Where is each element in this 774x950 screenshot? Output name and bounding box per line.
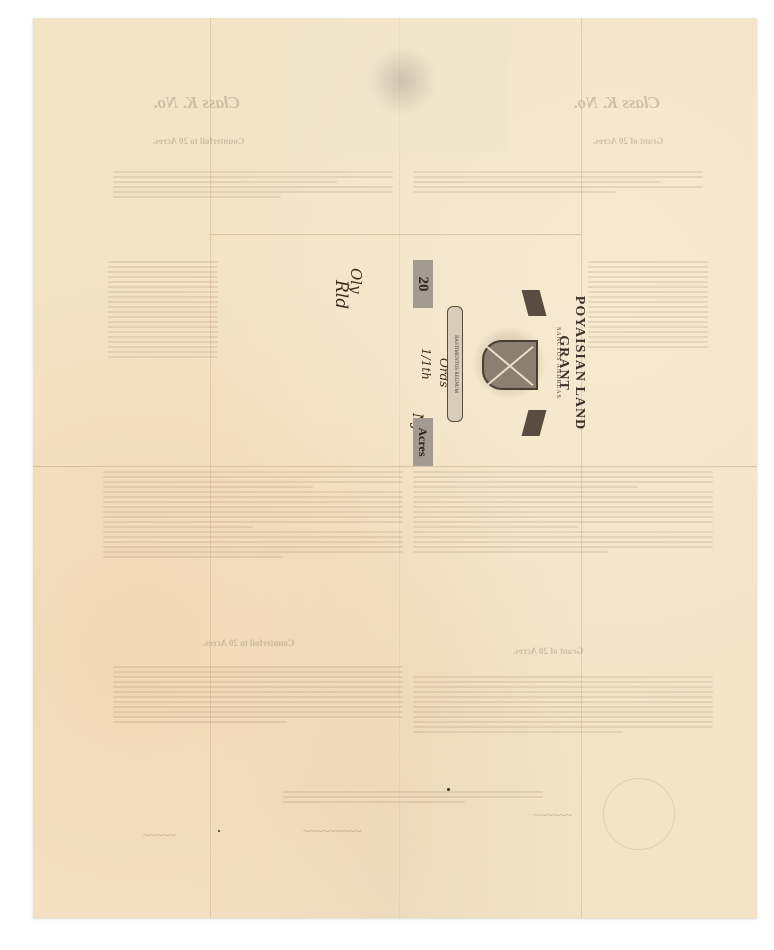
bleed-text-block-mid-right: [588, 258, 708, 351]
bleed-subheading-left: Counterfoil to 20 Acres.: [153, 136, 244, 146]
faint-signature-right: ~~~~~~: [533, 808, 572, 823]
saltire-flag-icon: [522, 290, 547, 316]
ink-spot: [447, 788, 450, 791]
bleed-heading-left: Class K. No.: [153, 93, 240, 113]
faint-seal-icon: [603, 778, 675, 850]
acreage-value: 20: [413, 260, 433, 308]
bleed-heading-counterfoil: Counterfoil to 20 Acres.: [203, 638, 294, 648]
bleed-text-block-top-left: [113, 168, 393, 201]
grant-motto: SANCTUS ANDREAS: [555, 308, 561, 418]
bleed-text-block-grant: [413, 673, 713, 736]
bleed-subheading-right: Grant of 20 Acres.: [593, 136, 663, 146]
saltire-shield-icon: [482, 340, 538, 390]
bleed-text-block-mid-left: [108, 258, 218, 361]
ink-spot: [218, 830, 220, 832]
saltire-flag-icon: [522, 410, 547, 436]
bleed-text-block-lower-right: [413, 468, 713, 556]
bleed-text-block-lower-left: [103, 468, 403, 561]
faint-signature-center: ~~~~~~~~~: [303, 824, 361, 839]
acreage-unit: Acres: [413, 418, 433, 466]
handwritten-initials-2: Rld: [331, 280, 351, 309]
land-grant-document: Class K. No. Counterfoil to 20 Acres. Cl…: [33, 18, 757, 918]
bleed-text-block-footer: [283, 788, 543, 806]
bleed-text-block-top-right: [413, 168, 703, 196]
bleed-text-block-counterfoil: [113, 663, 403, 726]
faint-signature-left: ~~~~~: [143, 828, 175, 843]
bleed-heading-grant: Grant of 20 Acres.: [513, 646, 583, 656]
grant-emblem: POYAISIAN LAND GRANT SANCTUS ANDREAS BAS…: [413, 268, 593, 458]
faint-coat-of-arms-icon: [368, 46, 438, 116]
horizontal-fold-upper: [210, 234, 581, 236]
motto-banner: BASTIMENTOS REGNUM: [447, 306, 463, 422]
bleed-heading-right: Class K. No.: [573, 93, 660, 113]
